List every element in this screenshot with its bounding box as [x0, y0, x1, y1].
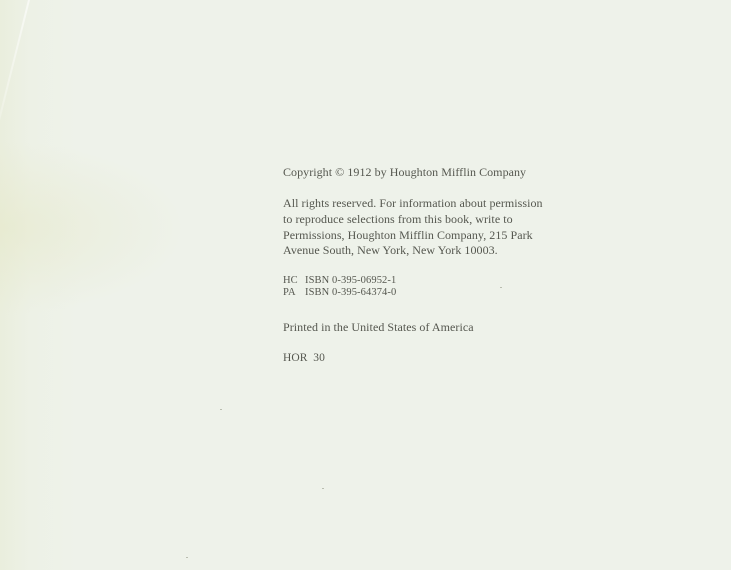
- rights-line-1: All rights reserved. For information abo…: [283, 196, 543, 212]
- book-page: Copyright © 1912 by Houghton Mifflin Com…: [0, 0, 731, 570]
- page-crease: [0, 0, 30, 190]
- rights-line-3: Permissions, Houghton Mifflin Company, 2…: [283, 228, 543, 244]
- isbn-pa: PAISBN 0-395-64374-0: [283, 287, 396, 299]
- copyright-text: Copyright © 1912 by Houghton Mifflin Com…: [283, 165, 526, 181]
- rights-line-4: Avenue South, New York, New York 10003.: [283, 243, 543, 259]
- isbn-number: ISBN 0-395-64374-0: [305, 287, 396, 299]
- copyright-line: Copyright © 1912 by Houghton Mifflin Com…: [283, 165, 526, 181]
- rights-line-2: to reproduce selections from this book, …: [283, 212, 543, 228]
- printing-code-text: HOR 30: [283, 351, 325, 367]
- paper-speck: [220, 409, 222, 410]
- printed-in-line: Printed in the United States of America: [283, 320, 474, 336]
- isbn-list: HCISBN 0-395-06952-1 PAISBN 0-395-64374-…: [283, 275, 396, 299]
- isbn-edition-label: HC: [283, 275, 305, 287]
- printed-in-text: Printed in the United States of America: [283, 320, 474, 336]
- paper-speck: [322, 488, 324, 489]
- rights-paragraph: All rights reserved. For information abo…: [283, 196, 543, 259]
- printing-code: HOR 30: [283, 351, 325, 367]
- isbn-hc: HCISBN 0-395-06952-1: [283, 275, 396, 287]
- isbn-edition-label: PA: [283, 287, 305, 299]
- paper-speck: [500, 287, 502, 288]
- paper-speck: [186, 557, 188, 558]
- isbn-number: ISBN 0-395-06952-1: [305, 275, 396, 287]
